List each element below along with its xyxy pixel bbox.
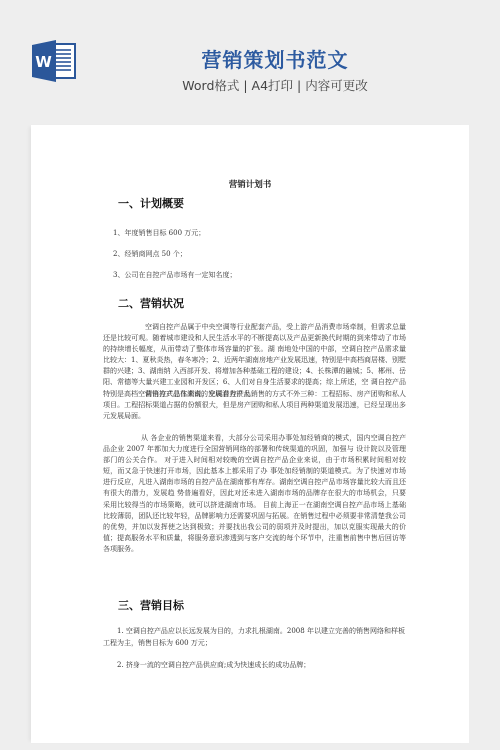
document-title: 营销计划书	[31, 178, 469, 190]
list-item: 2、经销商网点 50 个；	[113, 249, 187, 259]
page-title: 营销策划书范文	[150, 44, 400, 73]
page-subtitle: Word格式 | A4打印 | 内容可更改	[150, 76, 400, 94]
list-item: 1、年度销售目标 600 万元；	[113, 228, 205, 238]
list-item: 1. 空调自控产品应以长远发展为目的，力求扎根湖南。2008 年以建立完善的销售…	[103, 625, 406, 649]
document-page: 营销计划书 一、计划概要 1、年度销售目标 600 万元； 2、经销商网点 50…	[31, 125, 469, 743]
list-item: 2. 挤身一流的空调自控产品供应商;成为快速成长的成功品牌；	[103, 659, 406, 671]
paragraph-sales-methods: 营销方式总体来说，空调自控产品销售的方式不外三种：工程招标、房产团购和私人项目。…	[103, 389, 406, 422]
word-icon: W	[31, 40, 77, 82]
banner-header: W 营销策划书范文 Word格式 | A4打印 | 内容可更改	[0, 0, 500, 124]
paragraph-sales-channels: 从 各企业的销售渠道来看，大部分公司采用办事处加经销商的模式，国内空调自控产品企…	[103, 433, 406, 555]
section-heading-plan-summary: 一、计划概要	[118, 195, 184, 211]
section-heading-marketing-goals: 三、营销目标	[118, 597, 184, 613]
section-heading-marketing-status: 二、营销状况	[118, 295, 184, 311]
paragraph-market-overview: 空调自控产品属于中央空调等行业配套产品，受上游产品消费市场牵制，但需求总量还是比…	[103, 322, 406, 400]
svg-text:W: W	[35, 53, 52, 71]
list-item: 3、公司在自控产品市场有一定知名度；	[113, 270, 236, 280]
